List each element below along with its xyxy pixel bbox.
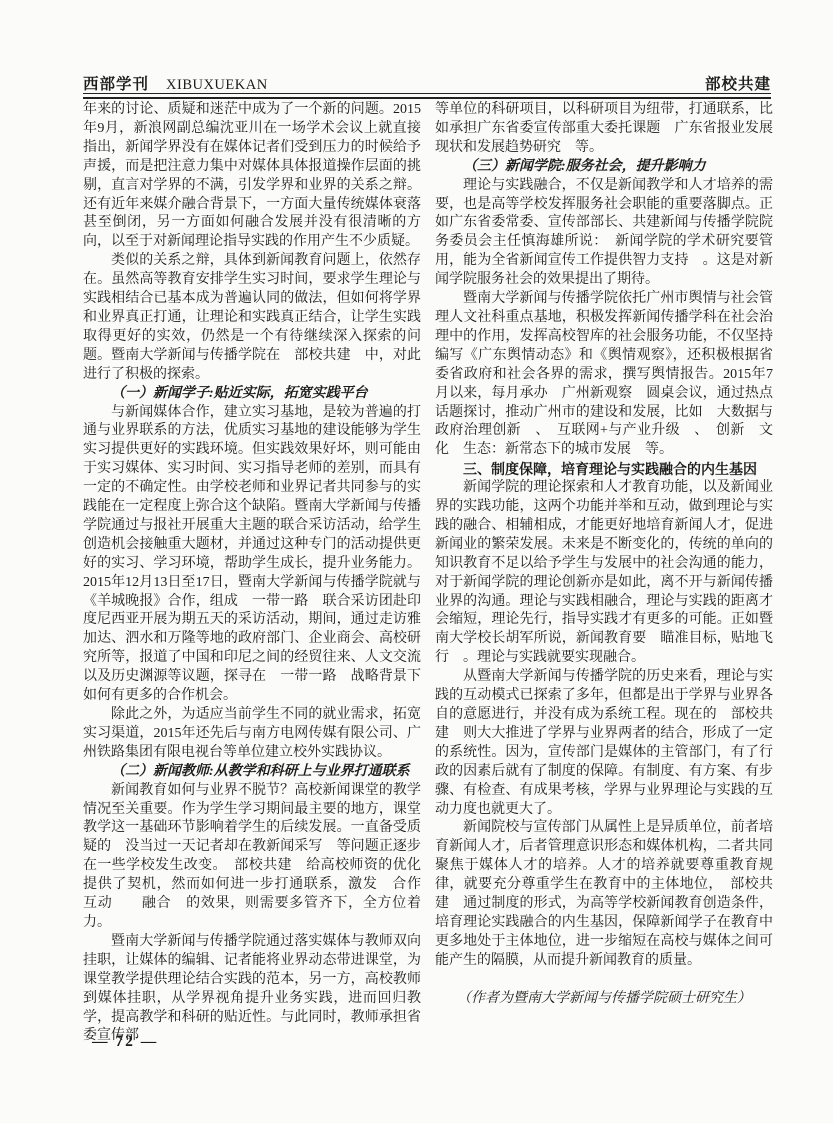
journal-name-chinese: 西部学刊 [83, 72, 149, 94]
paragraph: 新闻教育如何与业界不脱节？高校新闻课堂的教学情况至关重要。作为学生学习期间最主要… [83, 782, 421, 933]
section-heading-three: 三、制度保障，培育理论与实践融合的内生基因 [435, 460, 773, 479]
paragraph: 暨南大学新闻与传播学院通过落实媒体与教师双向挂职，让媒体的编辑、记者能将业界动态… [83, 933, 421, 1046]
paragraph: 新闻院校与宣传部门从属性上是异质单位，前者培育新闻人才，后者管理意识形态和媒体机… [435, 819, 773, 970]
paragraph: 理论与实践融合，不仅是新闻教学和人才培养的需要，也是高等学校发挥服务社会职能的重… [435, 177, 773, 290]
article-body: 年来的讨论、质疑和迷茫中成为了一个新的问题。2015年9月，新浪网副总编沈亚川在… [83, 101, 773, 1046]
paragraph-continued: 年来的讨论、质疑和迷茫中成为了一个新的问题。2015年9月，新浪网副总编沈亚川在… [83, 101, 421, 252]
paragraph: 从暨南大学新闻与传播学院的历史来看，理论与实践的互动模式已探索了多年，但都是出于… [435, 668, 773, 819]
subheading-two: （二）新闻教师:从教学和科研上与业界打通联系 [83, 763, 421, 782]
left-column: 年来的讨论、质疑和迷茫中成为了一个新的问题。2015年9月，新浪网副总编沈亚川在… [83, 101, 421, 1046]
journal-title-group: 西部学刊 XIBUXUEKAN [83, 72, 268, 94]
page-number: — 72 — [92, 1033, 158, 1051]
header-double-rule [83, 93, 771, 99]
section-label: 部校共建 [705, 72, 771, 94]
journal-name-pinyin: XIBUXUEKAN [166, 77, 268, 94]
journal-page: 西部学刊 XIBUXUEKAN 部校共建 年来的讨论、质疑和迷茫中成为了一个新的… [0, 0, 833, 1123]
paragraph: 暨南大学新闻与传播学院依托广州市舆情与社会管理人文社科重点基地，积极发挥新闻传播… [435, 290, 773, 460]
paragraph: 除此之外，为适应当前学生不同的就业需求，拓宽实习渠道，2015年还先后与南方电网… [83, 706, 421, 763]
author-note: （作者为暨南大学新闻与传播学院硕士研究生） [435, 990, 773, 1009]
subheading-three: （三）新闻学院:服务社会，提升影响力 [435, 158, 773, 177]
page-header: 西部学刊 XIBUXUEKAN 部校共建 [83, 72, 771, 94]
right-column: 等单位的科研项目，以科研项目为纽带，打通联系，比如承担广东省委宣传部重大委托课题… [435, 101, 773, 1046]
paragraph-continued: 等单位的科研项目，以科研项目为纽带，打通联系，比如承担广东省委宣传部重大委托课题… [435, 101, 773, 158]
subheading-one: （一）新闻学子:贴近实际，拓宽实践平台 [83, 385, 421, 404]
paragraph: 新闻学院的理论探索和人才教育功能，以及新闻业界的实践功能，这两个功能并举和互动，… [435, 479, 773, 668]
paragraph: 类似的关系之辩，具体到新闻教育问题上，依然存在。虽然高等教育安排学生实习时间，要… [83, 252, 421, 384]
paragraph: 与新闻媒体合作，建立实习基地，是较为普遍的打通与业界联系的方法，优质实习基地的建… [83, 404, 421, 707]
